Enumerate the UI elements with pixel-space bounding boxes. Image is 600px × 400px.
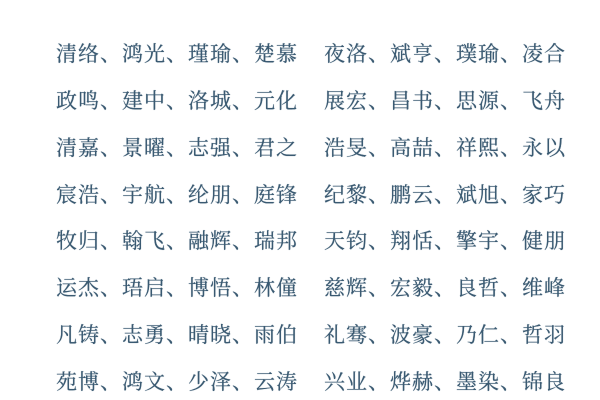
name-group-right: 兴业、烨赫、墨染、锦良 — [324, 366, 566, 396]
names-page: 清络、鸿光、瑾瑜、楚慕 夜洛、斌亨、璞瑜、凌合 政鸣、建中、洛城、元化 展宏、昌… — [0, 0, 600, 400]
name-group-left: 凡铸、志勇、晴晓、雨伯 — [56, 319, 298, 349]
name-row: 凡铸、志勇、晴晓、雨伯 礼骞、波豪、乃仁、哲羽 — [0, 319, 600, 349]
name-group-left: 苑博、鸿文、少泽、云涛 — [56, 366, 298, 396]
name-group-left: 牧归、翰飞、融辉、瑞邦 — [56, 225, 298, 255]
name-row: 清嘉、景曜、志强、君之 浩旻、高喆、祥熙、永以 — [0, 132, 600, 162]
name-group-left: 运杰、珸启、博悟、林僮 — [56, 272, 298, 302]
name-row: 政鸣、建中、洛城、元化 展宏、昌书、思源、飞舟 — [0, 85, 600, 115]
name-group-right: 天钧、翔恬、擎宇、健朋 — [324, 225, 566, 255]
name-group-right: 纪黎、鹏云、斌旭、家巧 — [324, 179, 566, 209]
name-group-right: 慈辉、宏毅、良哲、维峰 — [324, 272, 566, 302]
name-group-left: 政鸣、建中、洛城、元化 — [56, 85, 298, 115]
name-group-left: 宸浩、宇航、纶朋、庭锋 — [56, 179, 298, 209]
name-row: 清络、鸿光、瑾瑜、楚慕 夜洛、斌亨、璞瑜、凌合 — [0, 38, 600, 68]
name-list: 清络、鸿光、瑾瑜、楚慕 夜洛、斌亨、璞瑜、凌合 政鸣、建中、洛城、元化 展宏、昌… — [0, 38, 600, 396]
name-group-right: 展宏、昌书、思源、飞舟 — [324, 85, 566, 115]
name-row: 宸浩、宇航、纶朋、庭锋 纪黎、鹏云、斌旭、家巧 — [0, 179, 600, 209]
name-row: 牧归、翰飞、融辉、瑞邦 天钧、翔恬、擎宇、健朋 — [0, 225, 600, 255]
name-group-right: 夜洛、斌亨、璞瑜、凌合 — [324, 38, 566, 68]
name-group-right: 礼骞、波豪、乃仁、哲羽 — [324, 319, 566, 349]
name-group-left: 清嘉、景曜、志强、君之 — [56, 132, 298, 162]
name-row: 运杰、珸启、博悟、林僮 慈辉、宏毅、良哲、维峰 — [0, 272, 600, 302]
name-group-left: 清络、鸿光、瑾瑜、楚慕 — [56, 38, 298, 68]
name-row: 苑博、鸿文、少泽、云涛 兴业、烨赫、墨染、锦良 — [0, 366, 600, 396]
name-group-right: 浩旻、高喆、祥熙、永以 — [324, 132, 566, 162]
